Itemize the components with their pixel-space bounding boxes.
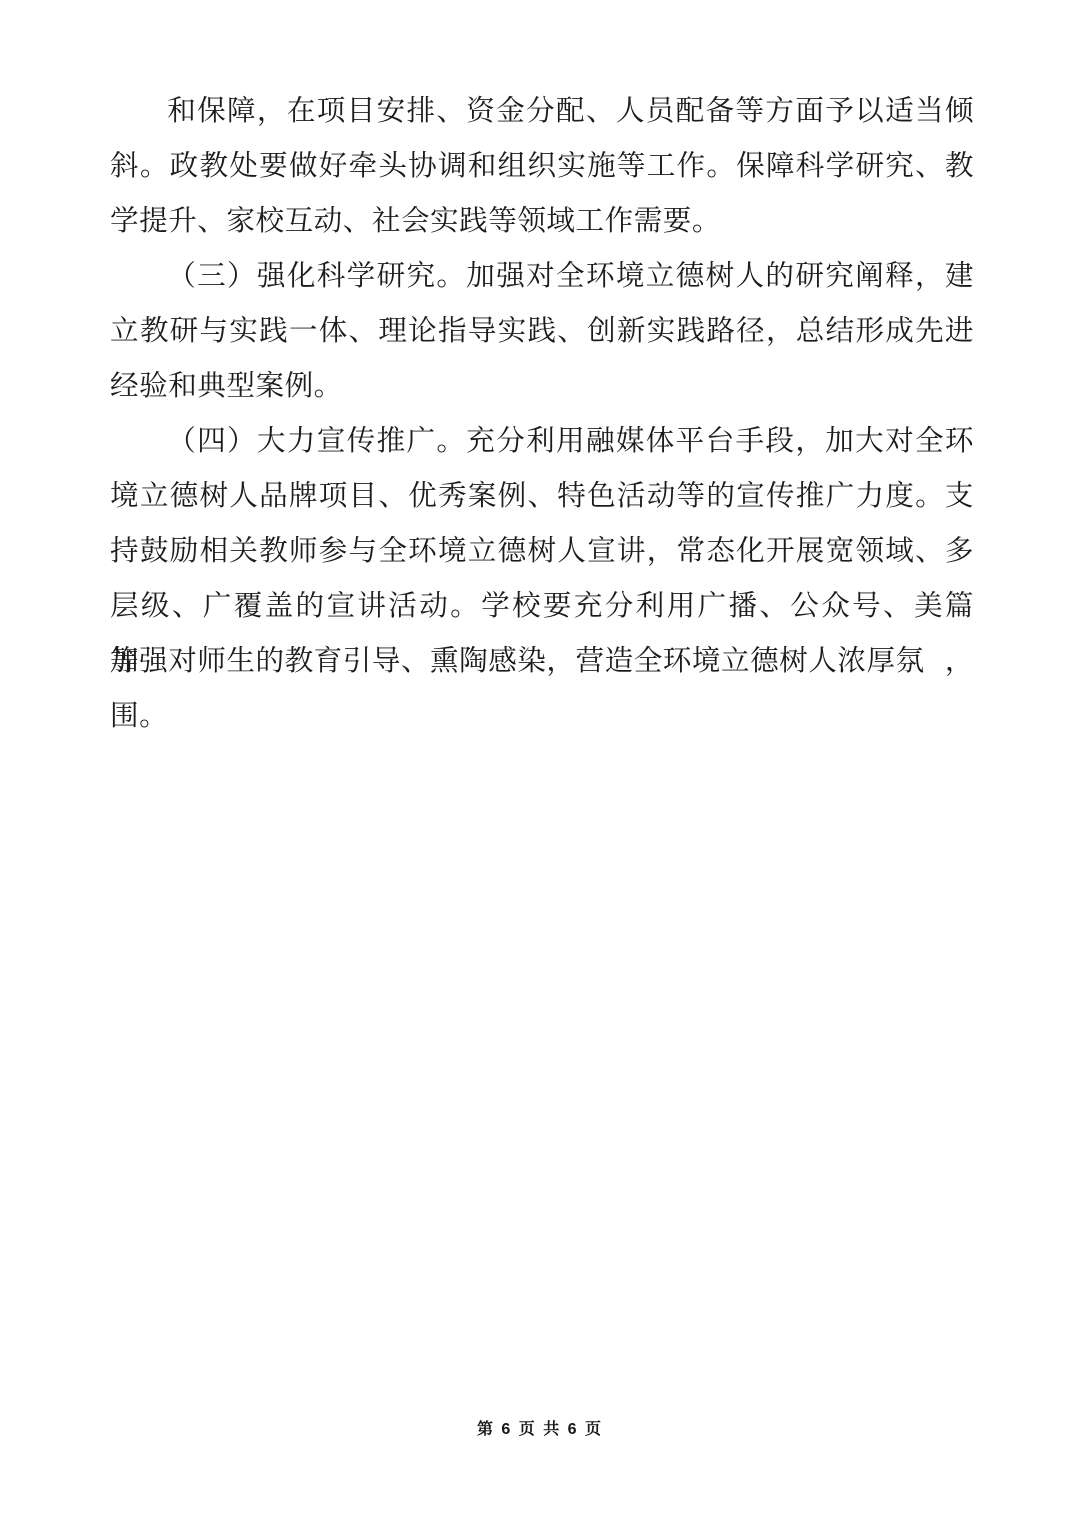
- text-line: 斜。政教处要做好牵头协调和组织实施等工作。保障科学研究、教: [110, 139, 974, 194]
- document-page: 和保障，在项目安排、资金分配、人员配备等方面予以适当倾 斜。政教处要做好牵头协调…: [0, 0, 1080, 1527]
- document-body: 和保障，在项目安排、资金分配、人员配备等方面予以适当倾 斜。政教处要做好牵头协调…: [110, 84, 974, 689]
- text-line: （三）强化科学研究。加强对全环境立德树人的研究阐释，建: [110, 249, 974, 304]
- page-footer: 第 6 页 共 6 页: [0, 1416, 1080, 1439]
- text-line: 层级、广覆盖的宣讲活动。学校要充分利用广播、公众号、美篇等，: [110, 579, 974, 634]
- page-number: 第 6 页 共 6 页: [477, 1421, 603, 1438]
- text-line: 经验和典型案例。: [110, 359, 974, 414]
- text-line: 和保障，在项目安排、资金分配、人员配备等方面予以适当倾: [110, 84, 974, 139]
- text-line: 持鼓励相关教师参与全环境立德树人宣讲，常态化开展宽领域、多: [110, 524, 974, 579]
- text-line: 加强对师生的教育引导、熏陶感染，营造全环境立德树人浓厚氛围。: [110, 634, 974, 689]
- text-line: （四）大力宣传推广。充分利用融媒体平台手段，加大对全环: [110, 414, 974, 469]
- text-line: 境立德树人品牌项目、优秀案例、特色活动等的宣传推广力度。支: [110, 469, 974, 524]
- text-line: 立教研与实践一体、理论指导实践、创新实践路径，总结形成先进: [110, 304, 974, 359]
- text-line: 学提升、家校互动、社会实践等领域工作需要。: [110, 194, 974, 249]
